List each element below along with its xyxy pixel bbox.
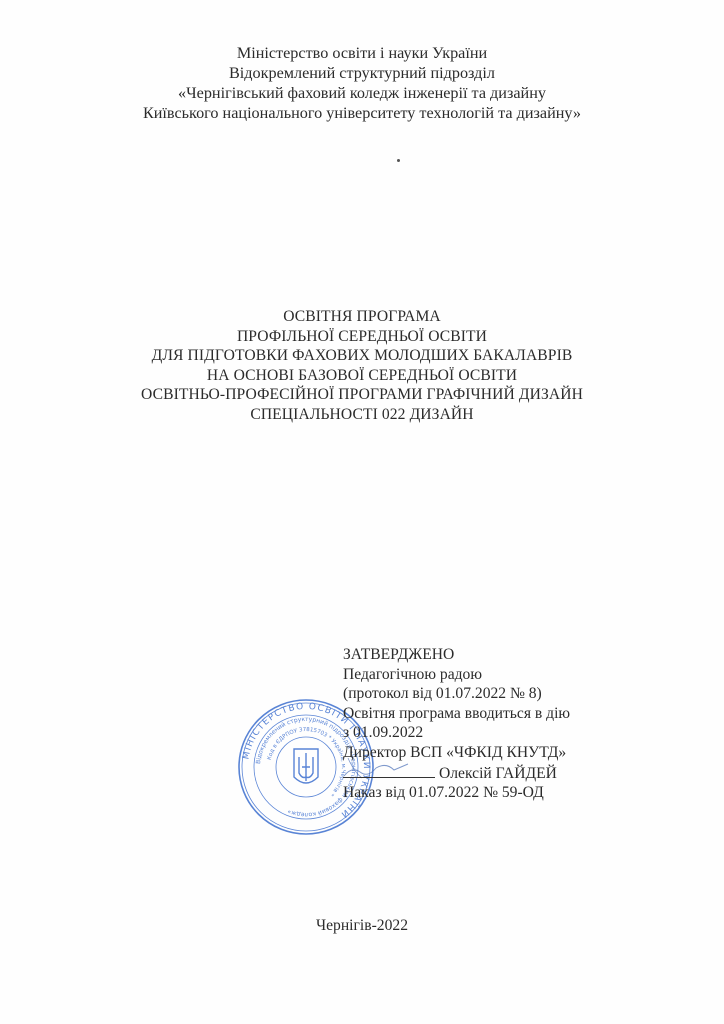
effective-date: з 01.09.2022 xyxy=(343,723,570,743)
director-name: Олексій ГАЙДЕЙ xyxy=(439,765,557,782)
approval-block: ЗАТВЕРДЖЕНО Педагогічною радою (протокол… xyxy=(343,645,570,803)
signature-underline xyxy=(343,763,435,778)
order-reference: Наказ від 01.07.2022 № 59-ОД xyxy=(343,783,570,803)
approval-heading: ЗАТВЕРДЖЕНО xyxy=(343,645,570,665)
title-line-5: ОСВІТНЬО-ПРОФЕСІЙНОЇ ПРОГРАМИ ГРАФІЧНИЙ … xyxy=(0,385,724,405)
title-line-3: ДЛЯ ПІДГОТОВКИ ФАХОВИХ МОЛОДШИХ БАКАЛАВР… xyxy=(0,346,724,366)
stray-dot-mark xyxy=(397,159,400,162)
title-line-2: ПРОФІЛЬНОЇ СЕРЕДНЬОЇ ОСВІТИ xyxy=(0,327,724,347)
city-year: Чернігів-2022 xyxy=(0,916,724,936)
university-name-line: Київського національного університету те… xyxy=(0,103,724,123)
title-line-4: НА ОСНОВІ БАЗОВОЇ СЕРЕДНЬОЇ ОСВІТИ xyxy=(0,366,724,386)
approval-body: Педагогічною радою xyxy=(343,665,570,685)
document-title: ОСВІТНЯ ПРОГРАМА ПРОФІЛЬНОЇ СЕРЕДНЬОЇ ОС… xyxy=(0,307,724,424)
college-name-line: «Чернігівський фаховий коледж інженерії … xyxy=(0,83,724,103)
ministry-line: Міністерство освіти і науки України xyxy=(0,43,724,63)
subdivision-line: Відокремлений структурний підрозділ xyxy=(0,63,724,83)
document-page: Міністерство освіти і науки України Відо… xyxy=(0,0,724,1024)
approval-protocol: (протокол від 01.07.2022 № 8) xyxy=(343,684,570,704)
title-line-6: СПЕЦІАЛЬНОСТІ 022 ДИЗАЙН xyxy=(0,405,724,425)
director-title: Директор ВСП «ЧФКІД КНУТД» xyxy=(343,743,570,763)
institution-header: Міністерство освіти і науки України Відо… xyxy=(0,43,724,123)
director-signature-line: Олексій ГАЙДЕЙ xyxy=(343,763,570,784)
title-line-1: ОСВІТНЯ ПРОГРАМА xyxy=(0,307,724,327)
effective-line: Освітня програма вводиться в дію xyxy=(343,704,570,724)
